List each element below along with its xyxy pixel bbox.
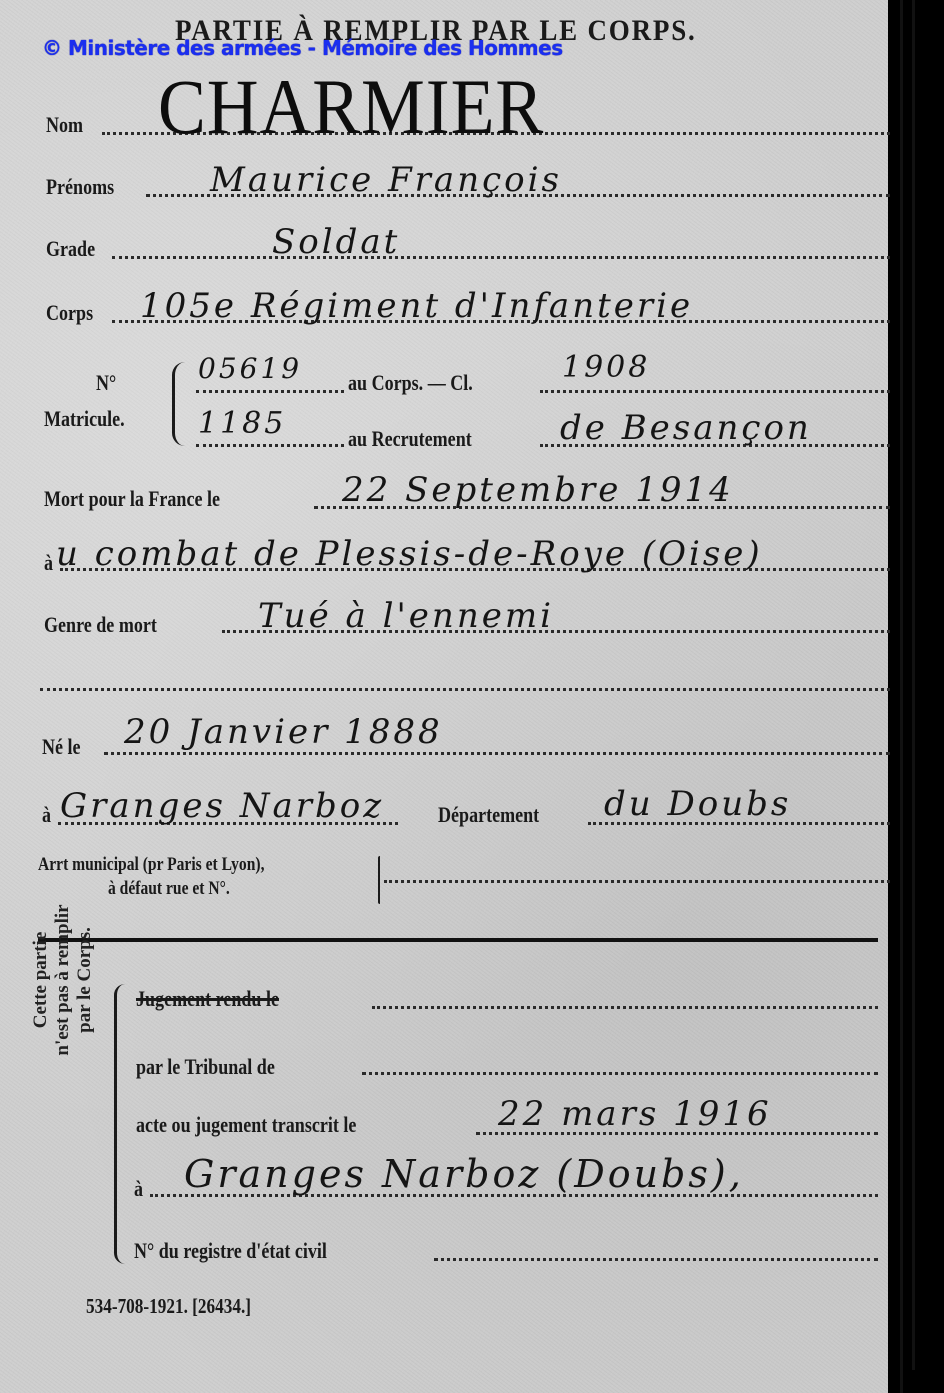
value-matricule-corps: 05619 — [198, 352, 302, 385]
label-arrondissement: Arrt municipal (pr Paris et Lyon), — [38, 854, 264, 876]
value-lieu-transcription: Granges Narboz (Doubs), — [184, 1152, 744, 1196]
value-date-naissance: 20 Janvier 1888 — [124, 712, 443, 752]
label-matricule: Matricule. — [44, 406, 125, 432]
dotted-line — [434, 1258, 878, 1261]
value-classe: 1908 — [562, 350, 650, 385]
label-mort-pour-la-france: Mort pour la France le — [44, 486, 220, 512]
label-genre-de-mort: Genre de mort — [44, 612, 157, 638]
brace — [378, 856, 380, 904]
brace — [114, 984, 125, 1264]
label-text: Jugement rendu le — [136, 986, 279, 1011]
value-corps: 105e Régiment d'Infanterie — [140, 286, 693, 326]
label-jugement-rendu: Jugement rendu le — [136, 986, 279, 1012]
value-lieu-deces: u combat de Plessis-de-Roye (Oise) — [56, 534, 763, 574]
side-note: Cette partie n'est pas à remplir par le … — [30, 900, 96, 1060]
label-au-corps: au Corps. — Cl. — [348, 370, 473, 396]
label-matricule-no: N° — [96, 370, 116, 396]
value-lieu-naissance: Granges Narboz — [60, 786, 384, 826]
value-genre-de-mort: Tué à l'ennemi — [258, 596, 554, 636]
dotted-line — [112, 256, 890, 259]
label-departement: Département — [438, 802, 539, 828]
value-date-deces: 22 Septembre 1914 — [342, 470, 734, 510]
value-recrutement: de Besançon — [560, 408, 812, 448]
frame-line — [900, 0, 903, 1393]
dotted-line — [384, 880, 890, 883]
value-prenoms: Maurice François — [210, 160, 562, 200]
label-lieu-transcription-prefix: à — [134, 1176, 143, 1202]
dotted-line — [40, 688, 890, 691]
dotted-line — [372, 1006, 878, 1009]
section-divider — [38, 938, 878, 942]
label-lieu-deces-prefix: à — [44, 550, 53, 576]
label-au-recrutement: au Recrutement — [348, 426, 472, 452]
value-nom: CHARMIER — [158, 62, 544, 152]
label-corps: Corps — [46, 300, 93, 326]
copyright-watermark: © Ministère des armées - Mémoire des Hom… — [42, 36, 563, 60]
dotted-line — [196, 444, 344, 447]
side-note-line: n'est pas à remplir — [52, 900, 74, 1060]
label-transcrit: acte ou jugement transcrit le — [136, 1112, 356, 1138]
label-tribunal: par le Tribunal de — [136, 1054, 275, 1080]
death-record-card: PARTIE À REMPLIR PAR LE CORPS. © Ministè… — [0, 0, 888, 1393]
label-ne-le: Né le — [42, 734, 81, 760]
dotted-line — [540, 390, 890, 393]
label-prenoms: Prénoms — [46, 174, 114, 200]
value-date-transcription: 22 mars 1916 — [498, 1094, 772, 1134]
dotted-line — [104, 752, 890, 755]
side-note-line: par le Corps. — [74, 900, 96, 1060]
value-grade: Soldat — [272, 222, 400, 262]
side-note-line: Cette partie — [30, 900, 52, 1060]
value-matricule-recrutement: 1185 — [198, 406, 286, 441]
value-departement: du Doubs — [604, 784, 791, 824]
label-ne-a-prefix: à — [42, 802, 51, 828]
scan-edge — [915, 0, 944, 1393]
label-arrondissement-rue: à défaut rue et N°. — [108, 878, 230, 900]
dotted-line — [196, 390, 344, 393]
brace — [172, 362, 185, 446]
label-nom: Nom — [46, 112, 83, 138]
print-reference: 534-708-1921. [26434.] — [86, 1294, 251, 1319]
label-registre: N° du registre d'état civil — [134, 1238, 327, 1264]
label-grade: Grade — [46, 236, 95, 262]
dotted-line — [362, 1072, 878, 1075]
